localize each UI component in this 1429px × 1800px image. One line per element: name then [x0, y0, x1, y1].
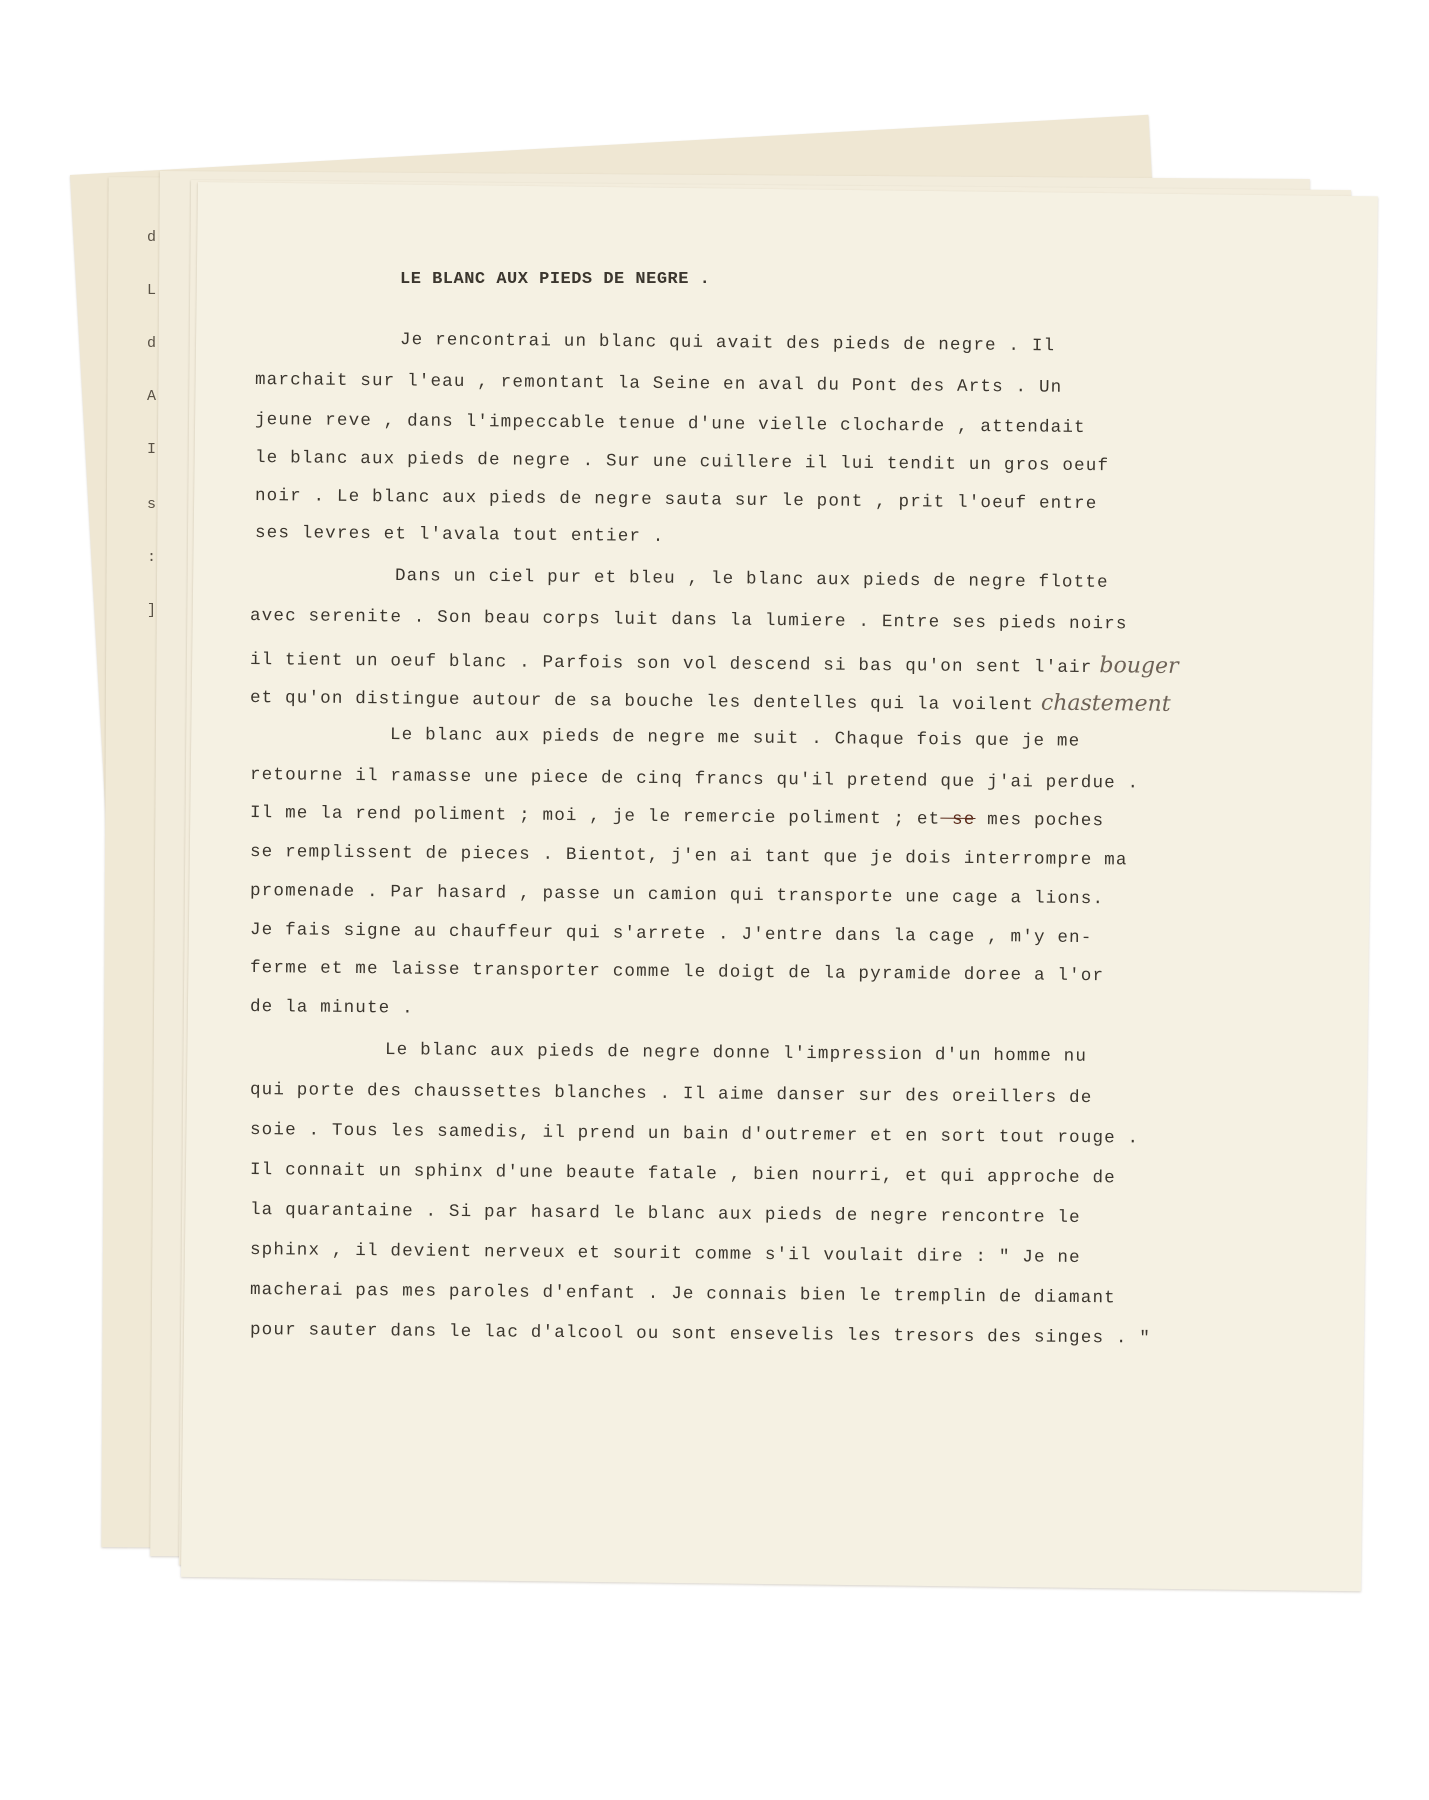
margin-letter: ] — [147, 603, 167, 618]
margin-letter: d — [147, 336, 167, 351]
margin-letter: A — [147, 389, 167, 404]
handwritten-annotation: chastement — [1034, 691, 1171, 717]
text-line: de la minute . — [250, 997, 414, 1019]
document-title: LE BLANC AUX PIEDS DE NEGRE . — [400, 270, 710, 289]
margin-letter: : — [147, 550, 167, 565]
margin-letter: I — [147, 442, 167, 457]
struck-word: se — [940, 810, 975, 830]
margin-letter: d — [147, 230, 167, 245]
typed-text: ses levres et l'avala tout entier . — [255, 523, 665, 547]
handwritten-annotation: bouger — [1092, 653, 1178, 679]
typed-text: de la minute . — [250, 997, 414, 1019]
background-sheet-margin-letters: d L d A I s : ] — [147, 230, 167, 656]
typed-text: mes poches — [975, 810, 1104, 831]
margin-letter: s — [147, 497, 167, 512]
text-line: ses levres et l'avala tout entier . — [255, 523, 665, 547]
margin-letter: L — [147, 283, 167, 298]
